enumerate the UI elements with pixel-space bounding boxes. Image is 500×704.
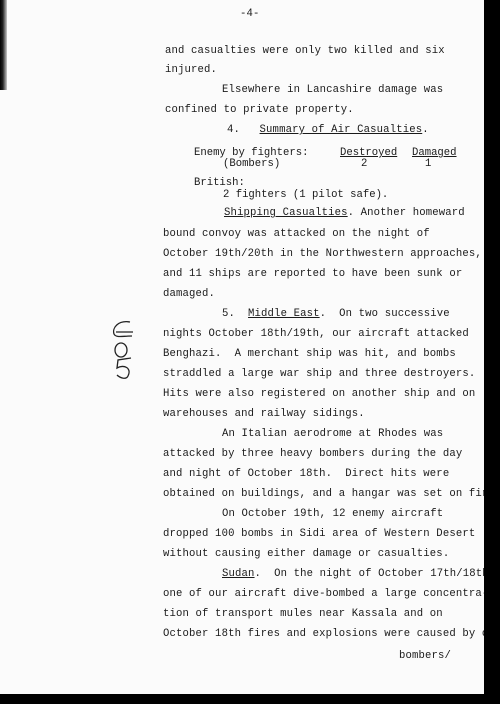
destroyed-value: 2	[361, 158, 367, 170]
text-line: straddled a large war ship and three des…	[163, 368, 475, 380]
text-line: damaged.	[163, 288, 215, 300]
text-line: Elsewhere in Lancashire damage was	[222, 84, 443, 96]
scan-border-right	[484, 0, 500, 704]
text-line: tion of transport mules near Kassala and…	[163, 608, 443, 620]
text-line: On October 19th, 12 enemy aircraft	[222, 508, 443, 520]
text-line: Benghazi. A merchant ship was hit, and b…	[163, 348, 456, 360]
scan-border-bottom	[0, 694, 500, 704]
text-line: nights October 18th/19th, our aircraft a…	[163, 328, 469, 340]
section-title: Middle East	[248, 308, 320, 320]
text-line: obtained on buildings, and a hangar was …	[163, 488, 500, 500]
text-line: Sudan. On the night of October 17th/18th…	[222, 568, 495, 580]
text-line: warehouses and railway sidings.	[163, 408, 365, 420]
text-line: and 11 ships are reported to have been s…	[163, 268, 462, 280]
text-line: Shipping Casualties. Another homeward	[224, 207, 465, 219]
text-line: and casualties were only two killed and …	[165, 45, 445, 57]
document-page: -4- and casualties were only two killed …	[0, 0, 485, 697]
handwritten-margin-annotation-icon	[108, 318, 138, 382]
punctuation: .	[422, 124, 429, 136]
text-line: confined to private property.	[165, 104, 354, 116]
text-line: injured.	[165, 64, 217, 76]
column-header-destroyed: Destroyed	[340, 147, 397, 159]
sudan-title: Sudan	[222, 568, 255, 580]
british-value: 2 fighters (1 pilot safe).	[223, 189, 388, 201]
section-number: 4.	[227, 124, 240, 136]
section-number: 5.	[222, 308, 235, 320]
section-heading-4: 4. Summary of Air Casualties.	[227, 124, 429, 136]
text-line: one of our aircraft dive-bombed a large …	[163, 588, 488, 600]
text-line: October 19th/20th in the Northwestern ap…	[163, 248, 482, 260]
text-span: . On two successive	[320, 308, 450, 320]
enemy-sublabel: (Bombers)	[223, 158, 280, 170]
text-line: and night of October 18th. Direct hits w…	[163, 468, 449, 480]
text-span: . Another homeward	[348, 207, 465, 219]
damaged-value: 1	[425, 158, 431, 170]
text-line: Hits were also registered on another shi…	[163, 388, 475, 400]
british-label: British:	[194, 177, 245, 189]
text-line: An Italian aerodrome at Rhodes was	[222, 428, 443, 440]
text-line: October 18th fires and explosions were c…	[163, 628, 500, 640]
column-header-damaged: Damaged	[412, 147, 457, 159]
catchword: bombers/	[399, 650, 451, 662]
text-line: bound convoy was attacked on the night o…	[163, 228, 430, 240]
scan-edge-shadow	[0, 0, 7, 90]
text-line: without causing either damage or casualt…	[163, 548, 449, 560]
text-line: attacked by three heavy bombers during t…	[163, 448, 462, 460]
shipping-title: Shipping Casualties	[224, 207, 348, 219]
page-number: -4-	[240, 8, 260, 20]
text-line: dropped 100 bombs in Sidi area of Wester…	[163, 528, 475, 540]
section-title: Summary of Air Casualties	[260, 124, 423, 136]
section-heading-5: 5. Middle East. On two successive	[222, 308, 450, 320]
text-span: . On the night of October 17th/18th,	[255, 568, 496, 580]
